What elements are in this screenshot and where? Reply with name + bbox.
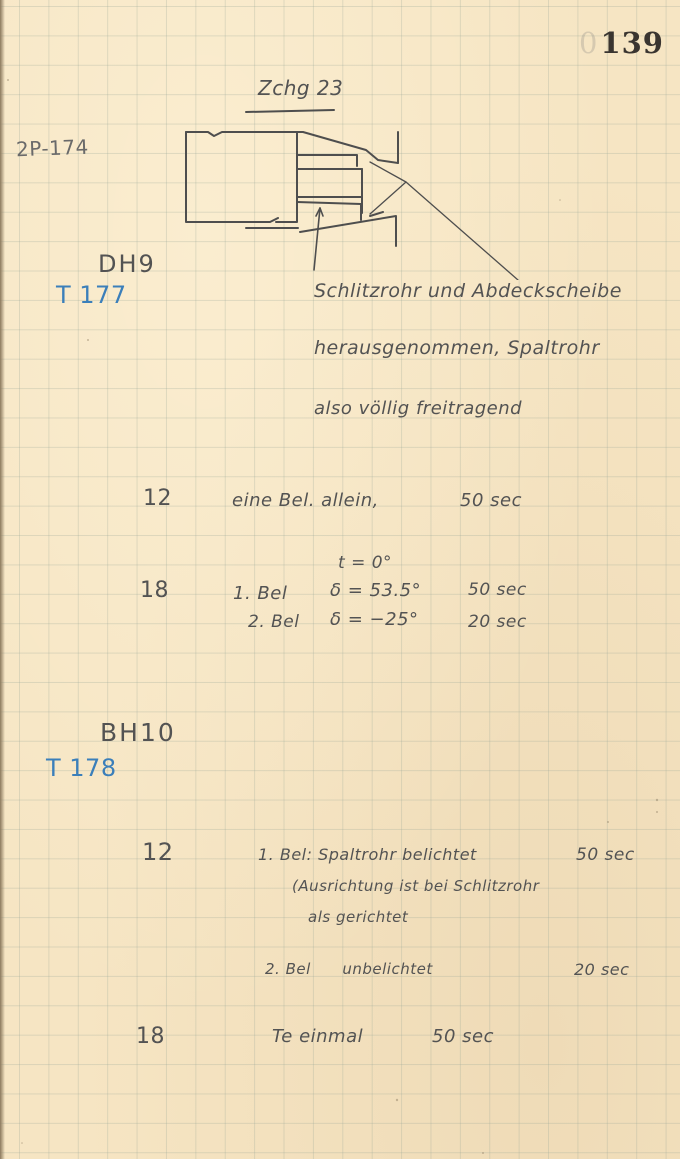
notebook-page: 0139 2P-174 Zchg 23	[0, 0, 680, 1159]
paper-speckles	[0, 0, 680, 1159]
